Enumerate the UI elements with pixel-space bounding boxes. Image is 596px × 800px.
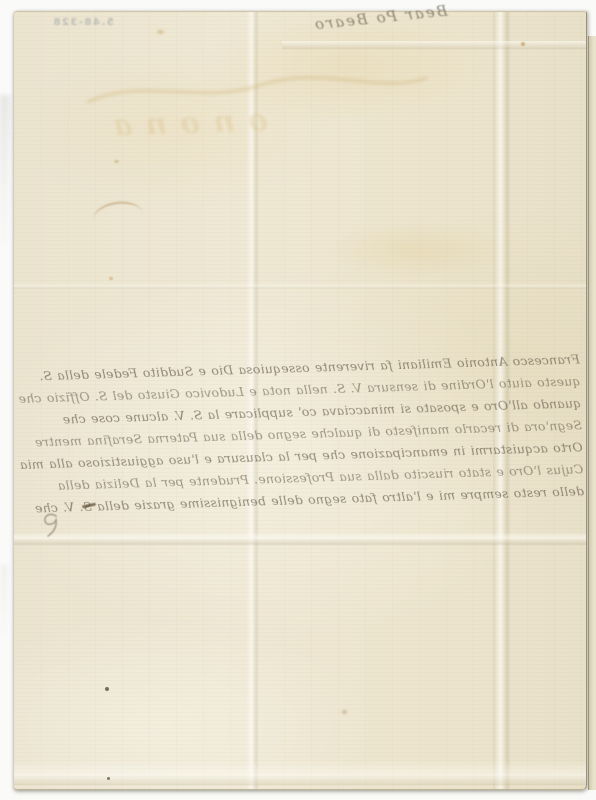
foxing-speck [114,160,119,163]
ghost-letterhead-bleedthrough: onona [99,103,268,144]
horizontal-fold-crease-lower [14,532,586,546]
horizontal-fold-crease-top [282,41,586,50]
adjacent-page-edge [588,36,596,790]
top-inscription-mirrored: Bear Po Bearo [248,2,449,41]
foxing-speck [105,687,109,691]
horizontal-fold-crease-middle [14,283,586,289]
foxing-blot [329,222,504,277]
bleedthrough-text-block: Francesco Antonio Emiliani fa riverente … [28,348,585,519]
foxing-speck [107,777,110,780]
brown-curl-mark [91,199,143,221]
letter-paper: 5.48-328 Bear Po Bearo onona Francesco A… [14,11,587,790]
bottom-edge-curl [14,760,586,786]
scanner-smudge [0,95,11,245]
scanned-letter-page: 5.48-328 Bear Po Bearo onona Francesco A… [0,0,596,800]
foxing-speck [342,710,347,714]
foxing-speck [157,30,164,34]
mirrored-text-wrapper: Francesco Antonio Emiliani fa riverente … [28,348,585,519]
scanner-smudge [1,565,9,635]
foxing-speck [109,277,113,280]
archival-shelfmark-bleedthrough: 5.48-328 [52,17,114,28]
foxing-speck [521,42,525,46]
pen-flourish-mark [40,510,64,538]
